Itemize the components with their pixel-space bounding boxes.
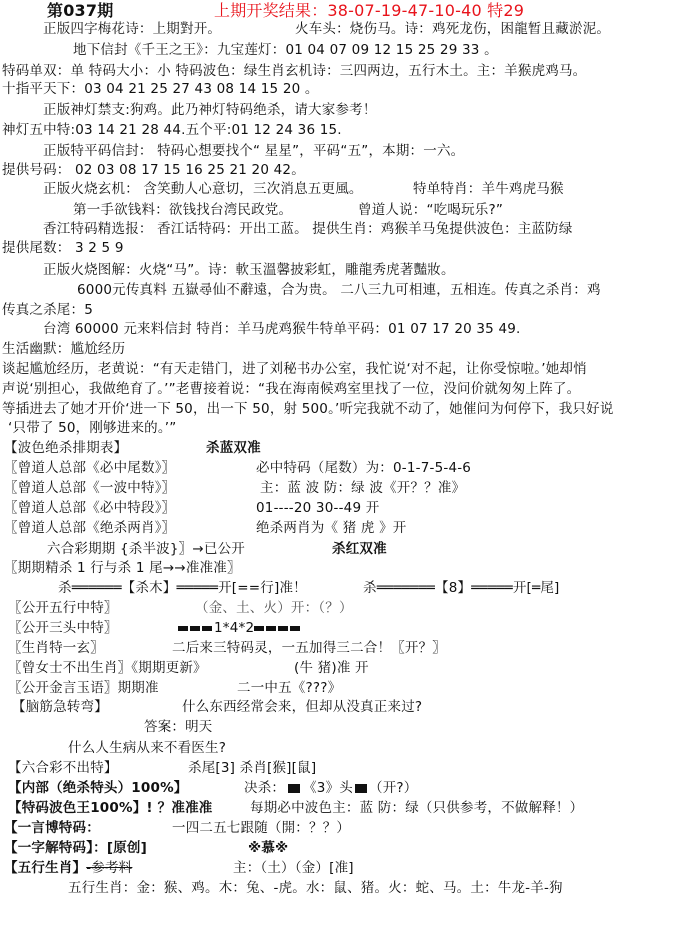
- flat-envelope: 正版特平码信封： 特码心想要找个“ 星星”，平码“五”，本期：一六。: [43, 142, 464, 161]
- humor-paragraph-2: 声说‘别担心，我做绝育了。’”老曹接着说：“我在海南候鸡室里找了一位，没问价就匆…: [2, 380, 580, 399]
- wave-kill-label: 【波色绝杀排期表】: [4, 439, 127, 458]
- last-result-special: 特29: [487, 1, 524, 20]
- golden-words-value: 二一中五《???》: [237, 679, 341, 698]
- internal-value-a: 决杀：: [244, 780, 285, 796]
- ms-zeng-label: 〖曾女士不出生肖〗《期期更新》: [8, 659, 207, 678]
- zeng-row-value: 01----20 30--49 开: [256, 499, 379, 518]
- internal-label: 【内部（绝杀特头）100%】: [8, 779, 188, 798]
- five-elements-value: （金、土、火）开：（？）: [195, 599, 353, 618]
- three-heads-value: 1*4*2: [178, 619, 302, 638]
- train-head: 火车头：烧伤马。诗：鸡死龙伤，困龍暂且藏淤泥。: [295, 20, 610, 39]
- lamp-five: 神灯五中特:03 14 21 28 44.五个平:01 12 24 36 15.: [2, 121, 342, 140]
- three-heads-text: 1*4*2: [214, 620, 254, 636]
- one-word-label: 【一言博特码：: [4, 819, 100, 838]
- riddle-answer: 答案：明天: [144, 718, 213, 737]
- humor-title: 生活幽默：尴尬经历: [2, 340, 125, 359]
- first-hand-tip: 第一手欲钱料：欲钱找台湾民政党。: [73, 201, 292, 220]
- one-char-label: 【一字解特码】：[原创]: [4, 839, 147, 858]
- fire-mystery: 正版火烧玄机： 含笑動人心意切，三次消息五更風。: [43, 180, 363, 199]
- wave-kill-value: 杀蓝双准: [206, 439, 261, 458]
- last-result-numbers: 38-07-19-47-10-40: [327, 1, 481, 20]
- bar-decoration: [355, 784, 367, 793]
- three-heads-label: 〖公开三头中特〗: [8, 619, 118, 638]
- special-attributes: 特码单双：单 特码大小：小 特码波色：绿生肖玄机诗：三四两边，五行木土。主：羊猴…: [2, 62, 586, 81]
- zodiac-mystery-value: 二后来三特码灵，一五加得三二合！〖开？〗: [172, 639, 446, 658]
- zeng-row-label: 〖曾道人总部《绝杀两肖》〗: [4, 519, 175, 538]
- provided-tails: 提供尾数： 3 2 5 9: [2, 239, 124, 258]
- fax-kill-tail: 传真之杀尾：5: [2, 301, 93, 320]
- zeng-row-value: 绝杀两肖为《 猪 虎 》开: [256, 519, 406, 538]
- internal-value-c: （开?）: [369, 780, 417, 796]
- bar-decoration: [254, 620, 302, 636]
- ten-fingers: 十指平天下：03 04 21 25 27 43 08 14 15 20 。: [2, 80, 319, 99]
- taiwan-envelope: 台湾 60000 元来料信封 特肖：羊马虎鸡猴牛特单平码：01 07 17 20…: [43, 320, 521, 339]
- wuxing-label-wrap: 【五行生肖】-参考料: [4, 859, 132, 878]
- bar-decoration: [178, 620, 214, 636]
- bar-decoration: [288, 784, 300, 793]
- wave-king-value: 每期必中波色主：蓝 防：绿（只供参考，不做解释！）: [250, 799, 583, 818]
- no-special-label: 【六合彩不出特】: [8, 759, 118, 778]
- golden-words-label: 〖公开金言玉语〗期期准: [8, 679, 159, 698]
- riddle-question: 什么东西经常会来，但却从没真正来过?: [182, 698, 422, 717]
- zeng-row-label: 〖曾道人总部《必中特段》〗: [4, 499, 175, 518]
- fire-diagram: 正版火烧图解：火烧“马”。诗：軟玉溫馨披彩虹，雕龍秀虎著豔妝。: [43, 261, 455, 280]
- xiangjiang-report: 香江特码精选报： 香江话特码：开出工蓝。 提供生肖：鸡猴羊马兔提供波色：主蓝防绿: [43, 220, 573, 239]
- provided-numbers: 提供号码： 02 03 08 17 15 16 25 21 20 42。: [2, 161, 305, 180]
- zeng-row-value: 必中特码（尾数）为：0-1-7-5-4-6: [256, 459, 471, 478]
- kill-detail-a: 杀══════【杀木】═════开[==行]准！: [58, 579, 307, 598]
- lamp-ban: 正版神灯禁支:狗鸡。此乃神灯特码绝杀，请大家参考！: [43, 101, 377, 120]
- issue-number: 第037期: [47, 1, 113, 20]
- riddle-label: 【脑筋急转弯】: [12, 698, 108, 717]
- single-zodiac: 特单特肖：羊牛鸡虎马猴: [413, 180, 564, 199]
- precise-kill-label: 〖期期精杀 1 行与杀 1 尾→→准准准〗: [4, 559, 241, 578]
- wave-king-label: 【特码波色王100%】! ？准准准: [8, 799, 212, 818]
- five-elements-label: 〖公开五行中特〗: [8, 599, 118, 618]
- zeng-row-label: 〖曾道人总部《必中尾数》〗: [4, 459, 175, 478]
- underground-envelope: 地下信封《千王之王》：九宝莲灯：01 04 07 09 12 15 25 29 …: [73, 41, 498, 60]
- kill-detail-b: 杀═══════【8】═════开[═尾]: [363, 579, 559, 598]
- ms-zeng-value: (牛 猪)准 开: [294, 659, 369, 678]
- zeng-row-label: 〖曾道人总部《一波中特》〗: [4, 479, 175, 498]
- last-result: 上期开奖结果：38-07-19-47-10-40 特29: [214, 1, 524, 20]
- zodiac-mystery-label: 〖生肖特一玄〗: [8, 639, 104, 658]
- half-wave-label: 六合彩期期 {杀半波}〗→已公开: [47, 540, 245, 559]
- zeng-row-value: 主：蓝 波 防：绿 波《开？？准》: [260, 479, 465, 498]
- no-special-value: 杀尾[3] 杀肖[猴][鼠]: [188, 759, 316, 778]
- internal-value: 决杀：《3》头（开?）: [244, 779, 417, 798]
- one-char-value: ※慕※: [248, 839, 288, 858]
- wuxing-detail: 五行生肖：金：猴、鸡。木：兔、-虎。水：鼠、猪。火：蛇、马。土：牛龙-羊-狗: [68, 879, 563, 898]
- internal-value-b: 《3》头: [303, 780, 353, 796]
- humor-paragraph-4: ‘只带了 50，刚够进来的。’”: [8, 419, 177, 438]
- wuxing-label: 【五行生肖】: [4, 860, 86, 876]
- wuxing-value: 主：（土）（金）[准]: [233, 859, 354, 878]
- one-word-value: 一四二五七跟随（開：？？）: [172, 819, 350, 838]
- humor-paragraph-3: 等插进去了她才开价‘进一下 50，出一下 50，射 500。’听完我就不动了，她…: [2, 400, 614, 419]
- last-result-label: 上期开奖结果：: [214, 1, 327, 20]
- half-wave-value: 杀红双准: [332, 540, 387, 559]
- fax-material: 6000元传真料 五嶽尋仙不辭遠，合为贵。 二八三九可相連，五相连。传真之杀肖：…: [77, 281, 601, 300]
- zeng-says: 曾道人说：“吃喝玩乐?”: [358, 201, 503, 220]
- wuxing-label-suffix: -参考料: [86, 860, 132, 876]
- humor-paragraph-1: 谈起尴尬经历，老黄说：“有天走错门，进了刘秘书办公室，我忙说‘对不起，让你受惊啦…: [2, 360, 587, 379]
- plum-poem: 正版四字梅花诗：上期對开。: [43, 20, 221, 39]
- riddle-question-2: 什么人生病从来不看医生?: [68, 739, 226, 758]
